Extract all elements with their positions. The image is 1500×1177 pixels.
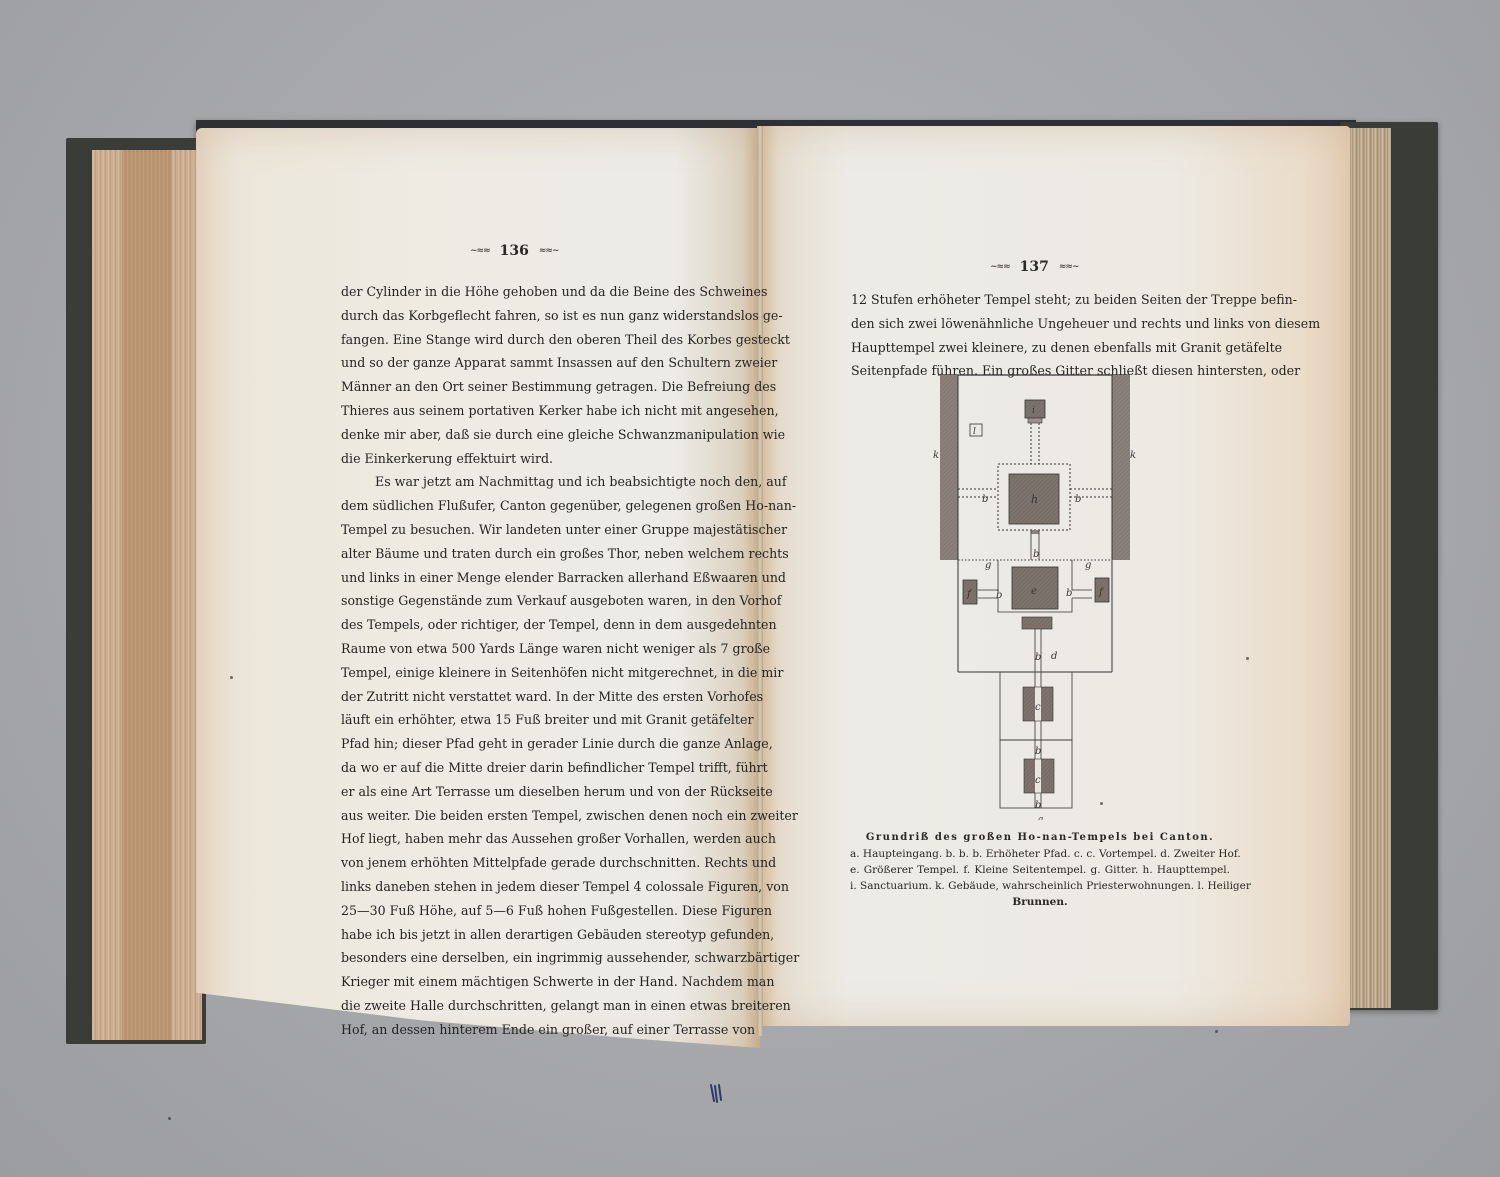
text-line: Haupttempel zwei kleinere, zu denen eben… [851, 336, 1213, 360]
svg-text:b: b [1033, 549, 1039, 560]
text-line: durch das Korbgeflecht fahren, so ist es… [341, 304, 701, 328]
page-number-136: 136 [500, 243, 529, 259]
text-line: 12 Stufen erhöheter Tempel steht; zu bei… [851, 288, 1213, 312]
text-line: von jenem erhöhten Mittelpfade gerade du… [341, 851, 701, 875]
paper-speck [168, 1117, 171, 1120]
temple-floor-plan: k k l i h b b b g g f f b b e b d c c b … [930, 372, 1140, 820]
text-line: Tempel zu besuchen. Wir landeten unter e… [341, 518, 701, 542]
text-line: der Cylinder in die Höhe gehoben und da … [341, 280, 701, 304]
bookmark-ribbon-icon [708, 1083, 724, 1105]
text-line: da wo er auf die Mitte dreier darin befi… [341, 756, 701, 780]
svg-text:a: a [1038, 815, 1043, 820]
page-edges-right [1345, 128, 1391, 1008]
ornament-left: ~≈≈ [470, 246, 490, 256]
text-line: fangen. Eine Stange wird durch den obere… [341, 328, 701, 352]
text-line: Es war jetzt am Nachmittag und ich beabs… [341, 470, 701, 494]
text-line: Hof, an dessen hinterem Ende ein großer,… [341, 1018, 701, 1042]
text-line: er als eine Art Terrasse um dieselben he… [341, 780, 701, 804]
left-running-head: ~≈≈ 136 ≈≈~ [470, 243, 558, 259]
text-line: alter Bäume und traten durch ein großes … [341, 542, 701, 566]
ornament-right: ≈≈~ [539, 246, 559, 256]
svg-text:c: c [1035, 702, 1041, 713]
text-line: links daneben stehen in jedem dieser Tem… [341, 875, 701, 899]
text-line: läuft ein erhöhter, etwa 15 Fuß breiter … [341, 708, 701, 732]
text-line: sonstige Gegenstände zum Verkauf ausgebo… [341, 589, 701, 613]
paper-speck [1215, 1030, 1218, 1033]
label-k: k [1130, 450, 1136, 461]
svg-text:b: b [982, 494, 988, 505]
paper-speck [1246, 657, 1249, 660]
svg-text:b: b [1075, 494, 1081, 505]
text-line: aus weiter. Die beiden ersten Tempel, zw… [341, 804, 701, 828]
text-line: besonders eine derselben, ein ingrimmig … [341, 946, 701, 970]
page-number-137: 137 [1020, 259, 1049, 275]
svg-text:b: b [1035, 800, 1041, 811]
text-line: die Einkerkerung effektuirt wird. [341, 447, 701, 471]
text-line: der Zutritt nicht verstattet ward. In de… [341, 685, 701, 709]
page-edges-left [92, 150, 202, 1040]
text-line: Männer an den Ort seiner Bestimmung getr… [341, 375, 701, 399]
svg-text:l: l [973, 427, 976, 437]
paper-speck [230, 676, 233, 679]
legend-line: e. Größerer Tempel. f. Kleine Seitentemp… [850, 862, 1230, 878]
text-line: denke mir aber, daß sie durch eine gleic… [341, 423, 701, 447]
legend-line: Brunnen. [850, 894, 1230, 910]
legend-line: i. Sanctuarium. k. Gebäude, wahrscheinli… [850, 878, 1230, 894]
text-line: dem südlichen Flußufer, Canton gegenüber… [341, 494, 701, 518]
text-line: die zweite Halle durchschritten, gelangt… [341, 994, 701, 1018]
svg-text:b: b [1035, 652, 1041, 663]
svg-text:b: b [996, 590, 1002, 601]
ornament-left: ~≈≈ [990, 262, 1010, 272]
svg-text:e: e [1031, 586, 1037, 597]
label-k: k [933, 450, 939, 461]
left-page-text: der Cylinder in die Höhe gehoben und da … [341, 280, 701, 1042]
figure-caption: Grundriß des großen Ho-nan-Tempels bei C… [850, 830, 1230, 910]
text-line: Tempel, einige kleinere in Seitenhöfen n… [341, 661, 701, 685]
text-line: Krieger mit einem mächtigen Schwerte in … [341, 970, 701, 994]
text-line: Thieres aus seinem portativen Kerker hab… [341, 399, 701, 423]
svg-text:g: g [1085, 560, 1091, 571]
text-line: den sich zwei löwenähnliche Ungeheuer un… [851, 312, 1213, 336]
text-line: des Tempels, oder richtiger, der Tempel,… [341, 613, 701, 637]
text-line: Hof liegt, haben mehr das Aussehen große… [341, 827, 701, 851]
text-line: Raume von etwa 500 Yards Länge waren nic… [341, 637, 701, 661]
text-line: und links in einer Menge elender Barrack… [341, 566, 701, 590]
ornament-right: ≈≈~ [1059, 262, 1079, 272]
paper-speck [1100, 802, 1103, 805]
text-line: Pfad hin; dieser Pfad geht in gerader Li… [341, 732, 701, 756]
svg-text:g: g [985, 560, 991, 571]
svg-text:d: d [1051, 651, 1057, 662]
caption-title: Grundriß des großen Ho-nan-Tempels bei C… [850, 830, 1230, 846]
svg-text:b: b [1066, 588, 1072, 599]
svg-text:h: h [1031, 493, 1038, 506]
right-page-text: 12 Stufen erhöheter Tempel steht; zu bei… [851, 288, 1213, 383]
right-running-head: ~≈≈ 137 ≈≈~ [990, 259, 1078, 275]
svg-text:b: b [1035, 746, 1041, 757]
svg-text:c: c [1035, 775, 1041, 786]
legend-line: a. Haupteingang. b. b. b. Erhöheter Pfad… [850, 846, 1230, 862]
svg-text:i: i [1032, 406, 1035, 416]
text-line: und so der ganze Apparat sammt Insassen … [341, 351, 701, 375]
text-line: 25—30 Fuß Höhe, auf 5—6 Fuß hohen Fußges… [341, 899, 701, 923]
text-line: habe ich bis jetzt in allen derartigen G… [341, 923, 701, 947]
